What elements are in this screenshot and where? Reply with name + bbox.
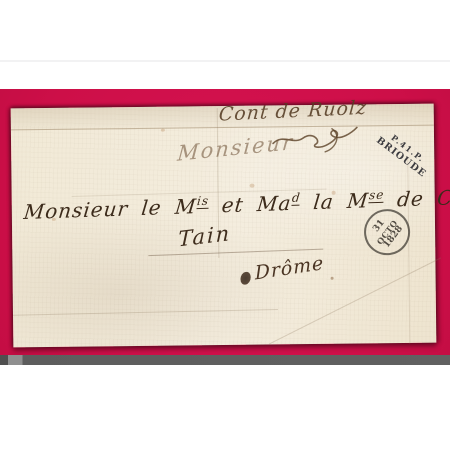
ink-blot [239,271,252,286]
shadow-strip [0,355,450,365]
handwriting-city: Tain [178,221,231,251]
address-text: la M [299,188,370,214]
handwriting-salutation-faint: Monsieur [176,130,294,166]
address-text: et Ma [207,191,293,218]
scan-artifact-line [0,60,450,62]
product-photo: Cont de Ruolz Monsieur Monsieur le Mis e… [0,0,450,450]
foxing-spot [250,184,255,188]
foxing-spot [331,277,334,280]
folded-letter-cover: Cont de Ruolz Monsieur Monsieur le Mis e… [11,104,437,348]
handwriting-department: Drôme [254,252,324,285]
fold-crease-horizontal [13,309,278,316]
address-text: Monsieur le M [23,194,198,224]
postmark-linear-brioude: P.41.P. BRIOUDE [373,126,435,180]
address-text: de Cordone [383,183,450,212]
foxing-spot [161,129,165,132]
